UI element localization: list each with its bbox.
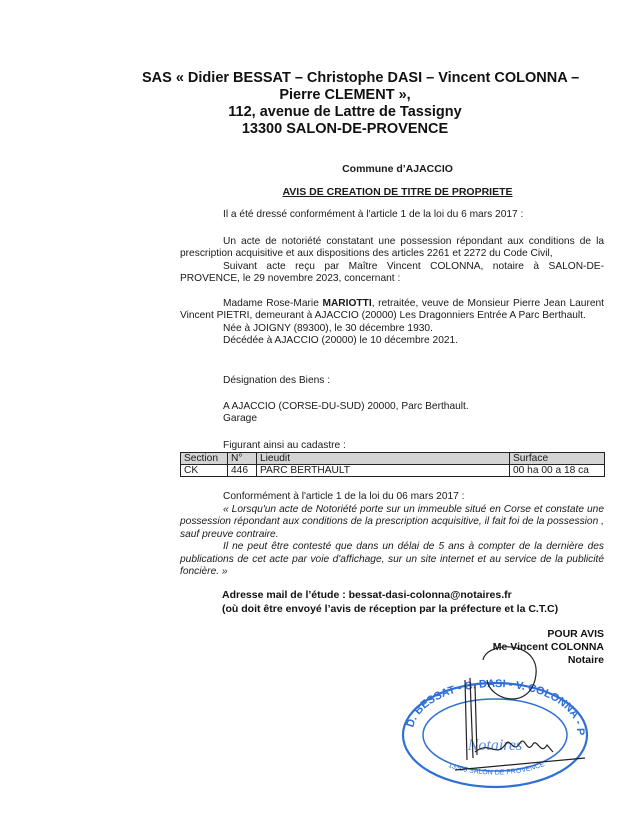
quote-paragraph-1: « Lorsqu'un acte de Notoriété porte sur … — [180, 504, 604, 541]
quote-paragraph-2: Il ne peut être contesté que dans un dél… — [180, 541, 604, 578]
document-title: AVIS DE CREATION DE TITRE DE PROPRIETE — [170, 186, 625, 198]
office-partners-line-2: Pierre CLEMENT », — [150, 87, 540, 104]
header-number: N° — [228, 453, 257, 465]
law-quote: « Lorsqu'un acte de Notoriété porte sur … — [180, 504, 604, 578]
cadastre-label: Figurant ainsi au cadastre : — [180, 440, 636, 452]
contact-email: Adresse mail de l’étude : bessat-dasi-co… — [222, 588, 622, 602]
office-partners-line: SAS « Didier BESSAT – Christophe DASI – … — [142, 70, 540, 87]
person-birth: Née à JOIGNY (89300), le 30 décembre 193… — [180, 323, 604, 335]
acte-notoriete-text: Un acte de notoriété constatant une poss… — [180, 236, 604, 261]
commune-heading: Commune d’AJACCIO — [170, 163, 625, 175]
office-city: 13300 SALON-DE-PROVENCE — [150, 121, 540, 138]
cell-number: 446 — [228, 465, 257, 477]
intro-paragraph: Il a été dressé conformément à l'article… — [180, 209, 604, 221]
header-lieudit: Lieudit — [257, 453, 510, 465]
header-surface: Surface — [510, 453, 605, 465]
table-row: CK 446 PARC BERTHAULT 00 ha 00 a 18 ca — [181, 465, 605, 477]
office-street: 112, avenue de Lattre de Tassigny — [150, 104, 540, 121]
property-address: A AJACCIO (CORSE-DU-SUD) 20000, Parc Ber… — [180, 401, 604, 413]
designation-label: Désignation des Biens : — [180, 375, 636, 387]
person-prefix: Madame Rose-Marie — [223, 298, 322, 309]
contact-block: Adresse mail de l’étude : bessat-dasi-co… — [222, 588, 622, 616]
notary-stamp-icon: D. BESSAT - C. DASI - V. COLONNA - P. CL… — [395, 640, 595, 790]
person-surname: MARIOTTI — [322, 298, 371, 309]
person-paragraph: Madame Rose-Marie MARIOTTI, retraitée, v… — [180, 298, 604, 348]
acte-paragraph: Un acte de notoriété constatant une poss… — [180, 236, 604, 286]
cell-section: CK — [181, 465, 228, 477]
person-death: Décédée à AJACCIO (20000) le 10 décembre… — [180, 335, 604, 347]
person-identity: Madame Rose-Marie MARIOTTI, retraitée, v… — [180, 298, 604, 323]
office-header: SAS « Didier BESSAT – Christophe DASI – … — [150, 70, 540, 138]
conformement-line: Conformément à l'article 1 de la loi du … — [180, 491, 636, 503]
property-description: A AJACCIO (CORSE-DU-SUD) 20000, Parc Ber… — [180, 401, 604, 426]
acte-recu-text: Suivant acte reçu par Maître Vincent COL… — [180, 261, 604, 286]
header-section: Section — [181, 453, 228, 465]
contact-note: (où doit être envoyé l’avis de réception… — [222, 602, 622, 616]
property-type: Garage — [180, 413, 604, 425]
cell-surface: 00 ha 00 a 18 ca — [510, 465, 605, 477]
cadastre-table: Section N° Lieudit Surface CK 446 PARC B… — [180, 452, 605, 477]
cadastre-header-row: Section N° Lieudit Surface — [181, 453, 605, 465]
cell-lieudit: PARC BERTHAULT — [257, 465, 510, 477]
